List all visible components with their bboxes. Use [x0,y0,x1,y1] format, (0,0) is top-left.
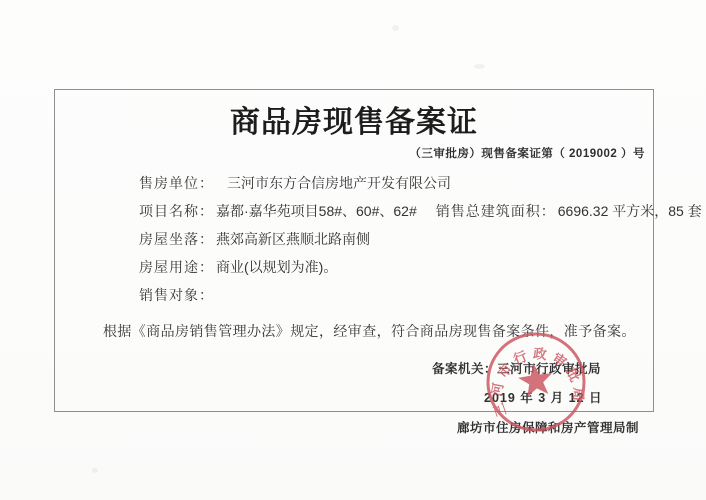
scan-speck [92,468,98,473]
official-seal: 三河市行政审批局 [461,307,610,456]
total-area-label: 销售总建筑面积： [436,203,556,219]
field-row-project: 项目名称：嘉都·嘉华苑项目58#、60#、62#销售总建筑面积：6696.32 … [139,197,647,225]
total-area-value: 6696.32 平方米，85 套 [558,203,702,219]
certificate-title: 商品房现售备案证 [55,97,653,141]
certificate-fields: 售房单位：三河市东方合信房地产开发有限公司 项目名称：嘉都·嘉华苑项目58#、6… [139,169,647,309]
project-value: 嘉都·嘉华苑项目58#、60#、62# [216,203,417,219]
usage-label: 房屋用途： [139,259,214,275]
project-label: 项目名称： [139,203,214,219]
sales-target-label: 销售对象： [139,287,214,303]
scanned-certificate-page: 商品房现售备案证 （三审批房）现售备案证第（ 2019002 ）号 售房单位：三… [0,0,706,500]
scan-speck [474,64,485,69]
scan-speck [392,25,399,31]
usage-value: 商业(以规划为准)。 [216,259,337,275]
field-row-sales-target: 销售对象： [139,281,647,309]
certificate-number-line: （三审批房）现售备案证第（ 2019002 ）号 [409,145,645,161]
seller-value: 三河市东方合信房地产开发有限公司 [227,175,451,191]
field-row-usage: 房屋用途：商业(以规划为准)。 [139,253,647,281]
seller-label: 售房单位： [139,175,214,191]
field-row-seller: 售房单位：三河市东方合信房地产开发有限公司 [139,169,647,197]
location-label: 房屋坐落： [139,231,214,247]
location-value: 燕郊高新区燕顺北路南侧 [216,231,370,247]
field-row-location: 房屋坐落：燕郊高新区燕顺北路南侧 [139,225,647,253]
